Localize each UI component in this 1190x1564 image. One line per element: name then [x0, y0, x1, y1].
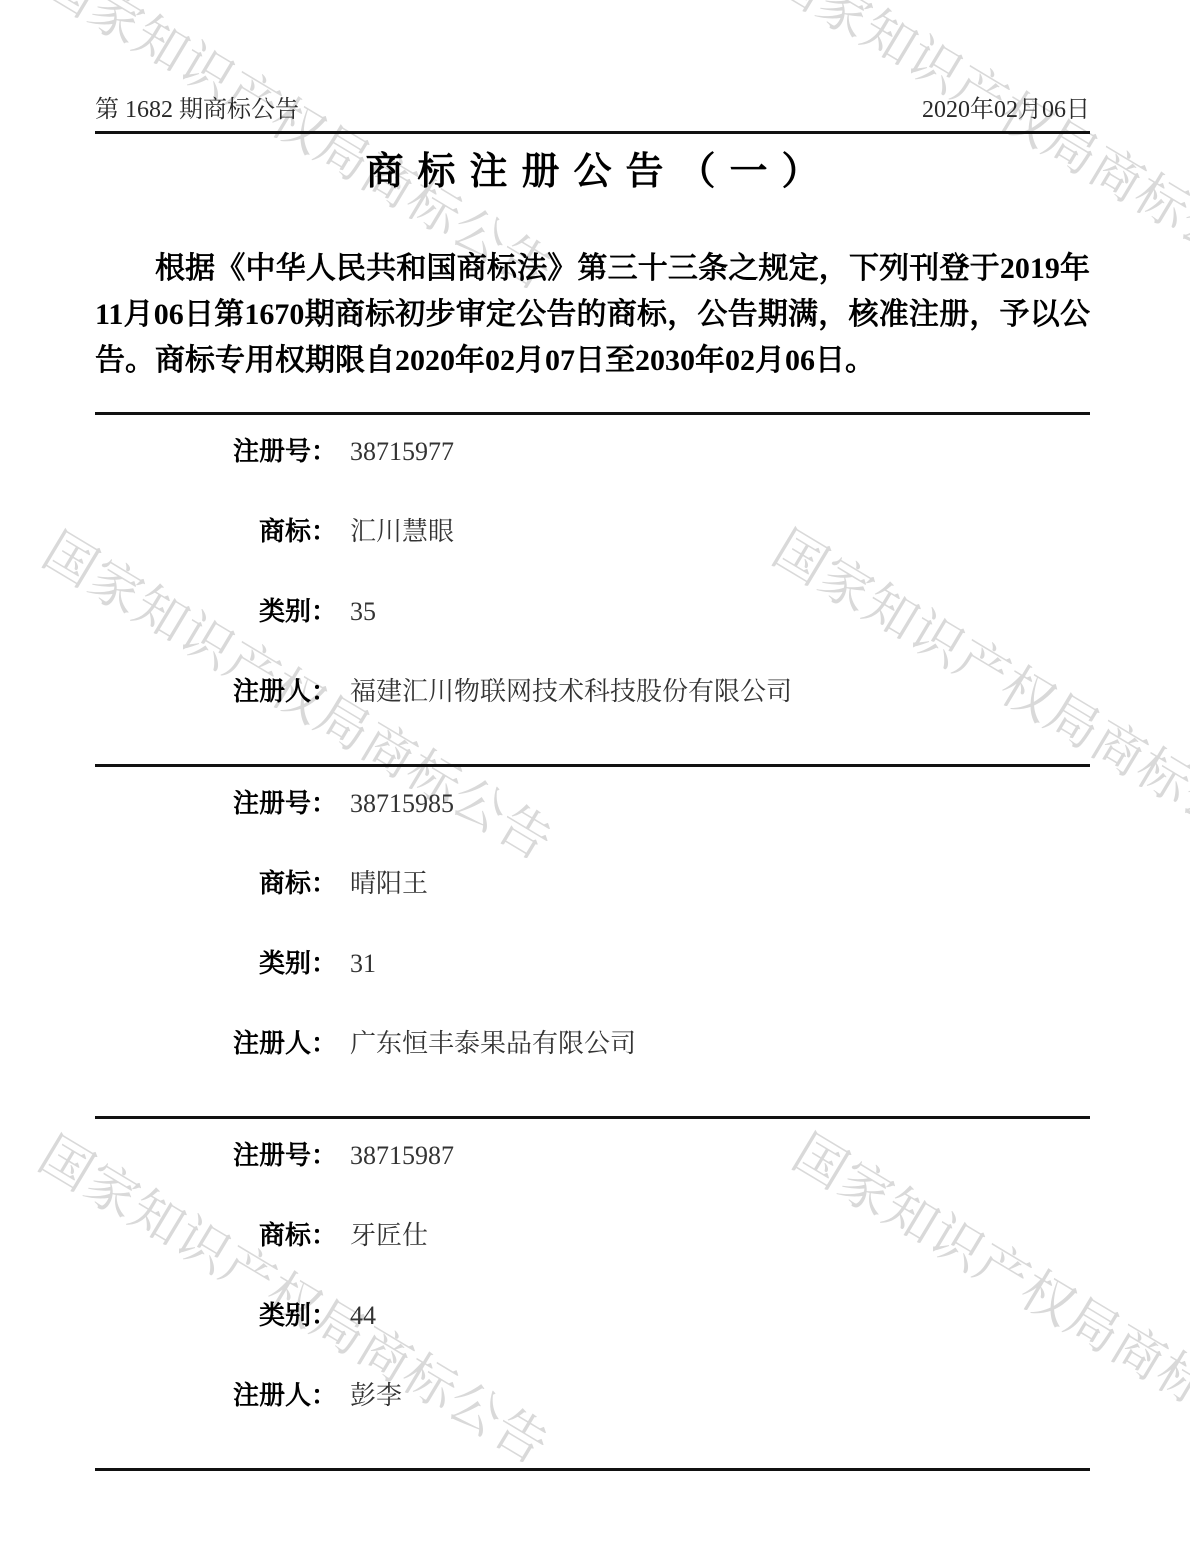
- reg-no-row: 注册号： 38715985: [95, 787, 1090, 821]
- class-label: 类别：: [95, 595, 337, 629]
- entry-divider: [95, 764, 1090, 767]
- reg-no-label: 注册号：: [95, 787, 337, 821]
- registrant-row: 注册人： 彭李: [95, 1379, 1090, 1413]
- trademark-row: 商标： 汇川慧眼: [95, 515, 1090, 549]
- trademark-row: 商标： 晴阳王: [95, 867, 1090, 901]
- trademark-row: 商标： 牙匠仕: [95, 1219, 1090, 1253]
- page-title: 商标注册公告（一）: [95, 148, 1090, 196]
- reg-no-value: 38715977: [350, 435, 454, 469]
- class-value: 35: [350, 595, 376, 629]
- page-header: 第 1682 期商标公告 2020年02月06日: [95, 96, 1090, 124]
- registrant-label: 注册人：: [95, 1027, 337, 1061]
- reg-no-value: 38715985: [350, 787, 454, 821]
- class-label: 类别：: [95, 1299, 337, 1333]
- class-value: 44: [350, 1299, 376, 1333]
- class-label: 类别：: [95, 947, 337, 981]
- intro-paragraph: 根据《中华人民共和国商标法》第三十三条之规定，下列刊登于2019年11月06日第…: [95, 246, 1090, 384]
- class-value: 31: [350, 947, 376, 981]
- trademark-label: 商标：: [95, 1219, 337, 1253]
- registrant-value: 福建汇川物联网技术科技股份有限公司: [350, 675, 792, 709]
- header-divider: [95, 131, 1090, 134]
- class-row: 类别： 35: [95, 595, 1090, 629]
- registrant-label: 注册人：: [95, 1379, 337, 1413]
- issue-number: 第 1682 期商标公告: [95, 96, 299, 124]
- gazette-page: { "page": { "issue_label": "第 1682 期商标公告…: [0, 0, 1190, 1564]
- registrant-row: 注册人： 广东恒丰泰果品有限公司: [95, 1027, 1090, 1061]
- trademark-entry: 注册号： 38715977 商标： 汇川慧眼 类别： 35 注册人： 福建汇川物…: [95, 412, 1090, 709]
- publication-date: 2020年02月06日: [922, 96, 1090, 124]
- trademark-entry: 注册号： 38715985 商标： 晴阳王 类别： 31 注册人： 广东恒丰泰果…: [95, 764, 1090, 1061]
- trademark-label: 商标：: [95, 867, 337, 901]
- final-divider: [95, 1468, 1090, 1471]
- reg-no-value: 38715987: [350, 1139, 454, 1173]
- reg-no-row: 注册号： 38715987: [95, 1139, 1090, 1173]
- entry-divider: [95, 1116, 1090, 1119]
- entry-divider: [95, 412, 1090, 415]
- trademark-value: 汇川慧眼: [350, 515, 454, 549]
- reg-no-label: 注册号：: [95, 435, 337, 469]
- registrant-label: 注册人：: [95, 675, 337, 709]
- document-content: 第 1682 期商标公告 2020年02月06日 商标注册公告（一） 根据《中华…: [95, 0, 1090, 1471]
- trademark-value: 牙匠仕: [350, 1219, 428, 1253]
- trademark-label: 商标：: [95, 515, 337, 549]
- registrant-value: 彭李: [350, 1379, 402, 1413]
- class-row: 类别： 44: [95, 1299, 1090, 1333]
- reg-no-label: 注册号：: [95, 1139, 337, 1173]
- trademark-value: 晴阳王: [350, 867, 428, 901]
- registrant-value: 广东恒丰泰果品有限公司: [350, 1027, 636, 1061]
- registrant-row: 注册人： 福建汇川物联网技术科技股份有限公司: [95, 675, 1090, 709]
- class-row: 类别： 31: [95, 947, 1090, 981]
- reg-no-row: 注册号： 38715977: [95, 435, 1090, 469]
- trademark-entry: 注册号： 38715987 商标： 牙匠仕 类别： 44 注册人： 彭李: [95, 1116, 1090, 1413]
